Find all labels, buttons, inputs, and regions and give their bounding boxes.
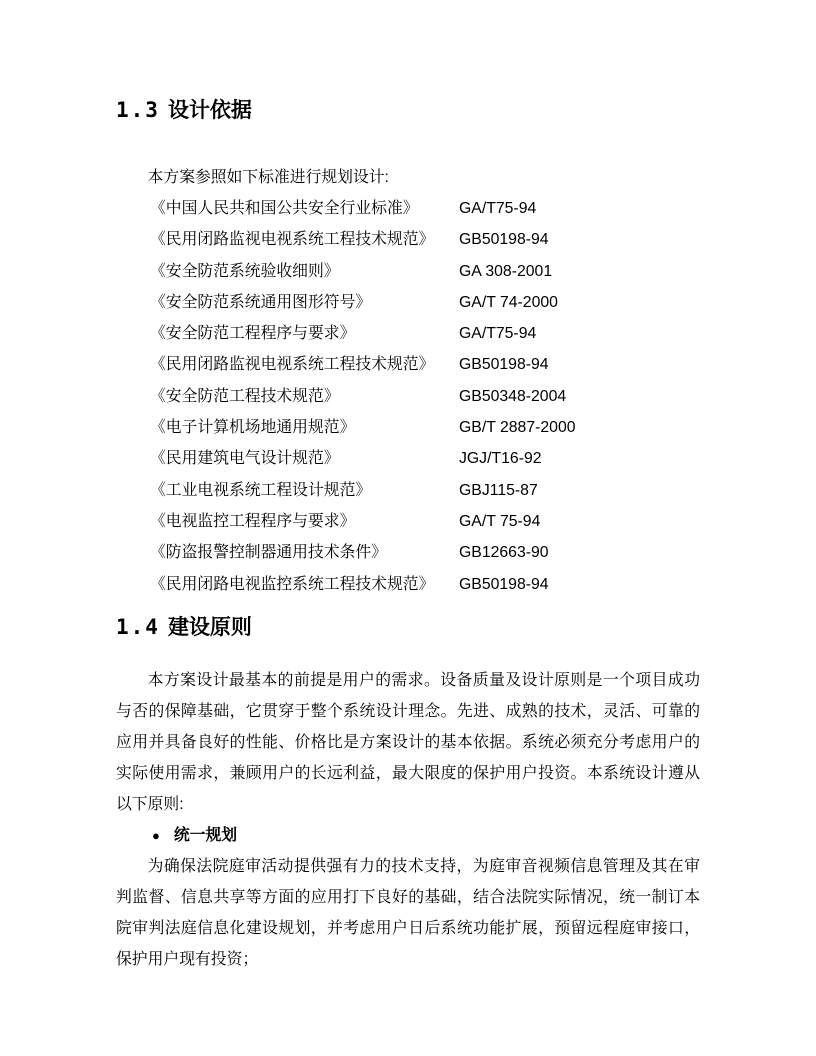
standard-title: 《电子计算机场地通用规范》 bbox=[150, 412, 457, 443]
bullet-paragraph: 为确保法院庭审活动提供强有力的技术支持，为庭审音视频信息管理及其在审判监督、信息… bbox=[116, 851, 700, 975]
standard-row: 《安全防范工程技术规范》 GB50348-2004 bbox=[116, 381, 700, 412]
heading-number: 1.3 bbox=[116, 98, 160, 122]
standard-code: GB/T 2887-2000 bbox=[457, 412, 576, 443]
standard-title: 《电视监控工程程序与要求》 bbox=[150, 506, 457, 537]
standard-code: GB50198-94 bbox=[457, 224, 549, 255]
bullet-icon: ● bbox=[152, 820, 160, 851]
standard-code: GB12663-90 bbox=[457, 537, 549, 568]
heading-title: 设计依据 bbox=[168, 99, 252, 122]
standard-code: GB50198-94 bbox=[457, 569, 549, 600]
bullet-item: ● 统一规划 bbox=[116, 820, 700, 851]
standard-title: 《中国人民共和国公共安全行业标准》 bbox=[150, 193, 457, 224]
standards-list: 《中国人民共和国公共安全行业标准》 GA/T75-94 《民用闭路监视电视系统工… bbox=[116, 193, 700, 600]
standard-row: 《民用建筑电气设计规范》 JGJ/T16-92 bbox=[116, 443, 700, 474]
standard-row: 《民用闭路监视电视系统工程技术规范》 GB50198-94 bbox=[116, 349, 700, 380]
standard-code: GBJ115-87 bbox=[457, 475, 538, 506]
section-principles: 1.4建设原则 本方案设计最基本的前提是用户的需求。设备质量及设计原则是一个项目… bbox=[116, 614, 700, 975]
standard-title: 《民用建筑电气设计规范》 bbox=[150, 443, 457, 474]
standard-title: 《民用闭路电视监控系统工程技术规范》 bbox=[150, 569, 457, 600]
document-page: 1.3设计依据 本方案参照如下标准进行规划设计: 《中国人民共和国公共安全行业标… bbox=[0, 0, 816, 1056]
standard-row: 《民用闭路电视监控系统工程技术规范》 GB50198-94 bbox=[116, 569, 700, 600]
standard-title: 《安全防范工程技术规范》 bbox=[150, 381, 457, 412]
standard-code: JGJ/T16-92 bbox=[457, 443, 542, 474]
standard-row: 《中国人民共和国公共安全行业标准》 GA/T75-94 bbox=[116, 193, 700, 224]
standard-row: 《安全防范系统通用图形符号》 GA/T 74-2000 bbox=[116, 287, 700, 318]
principles-heading: 1.4建设原则 bbox=[116, 614, 700, 641]
heading-number: 1.4 bbox=[116, 615, 160, 639]
standard-code: GA 308-2001 bbox=[457, 256, 552, 287]
standard-code: GA/T75-94 bbox=[457, 193, 536, 224]
standard-title: 《安全防范工程程序与要求》 bbox=[150, 318, 457, 349]
standard-title: 《民用闭路监视电视系统工程技术规范》 bbox=[150, 224, 457, 255]
design-basis-heading: 1.3设计依据 bbox=[116, 97, 700, 124]
standard-title: 《防盗报警控制器通用技术条件》 bbox=[150, 537, 457, 568]
standard-code: GB50198-94 bbox=[457, 349, 549, 380]
heading-title: 建设原则 bbox=[168, 616, 252, 639]
standard-row: 《安全防范系统验收细则》 GA 308-2001 bbox=[116, 256, 700, 287]
standard-code: GB50348-2004 bbox=[457, 381, 566, 412]
principles-paragraph: 本方案设计最基本的前提是用户的需求。设备质量及设计原则是一个项目成功与否的保障基… bbox=[116, 665, 700, 820]
intro-paragraph: 本方案参照如下标准进行规划设计: bbox=[116, 162, 700, 193]
standard-row: 《电子计算机场地通用规范》 GB/T 2887-2000 bbox=[116, 412, 700, 443]
standard-row: 《安全防范工程程序与要求》 GA/T75-94 bbox=[116, 318, 700, 349]
standard-title: 《安全防范系统验收细则》 bbox=[150, 256, 457, 287]
standard-code: GA/T 74-2000 bbox=[457, 287, 558, 318]
standard-row: 《工业电视系统工程设计规范》 GBJ115-87 bbox=[116, 475, 700, 506]
standard-row: 《防盗报警控制器通用技术条件》 GB12663-90 bbox=[116, 537, 700, 568]
standard-code: GA/T75-94 bbox=[457, 318, 536, 349]
standard-title: 《民用闭路监视电视系统工程技术规范》 bbox=[150, 349, 457, 380]
standard-row: 《电视监控工程程序与要求》 GA/T 75-94 bbox=[116, 506, 700, 537]
standard-code: GA/T 75-94 bbox=[457, 506, 540, 537]
section-design-basis: 1.3设计依据 本方案参照如下标准进行规划设计: 《中国人民共和国公共安全行业标… bbox=[116, 97, 700, 600]
standard-title: 《安全防范系统通用图形符号》 bbox=[150, 287, 457, 318]
bullet-label: 统一规划 bbox=[174, 820, 237, 851]
standard-title: 《工业电视系统工程设计规范》 bbox=[150, 475, 457, 506]
standard-row: 《民用闭路监视电视系统工程技术规范》 GB50198-94 bbox=[116, 224, 700, 255]
